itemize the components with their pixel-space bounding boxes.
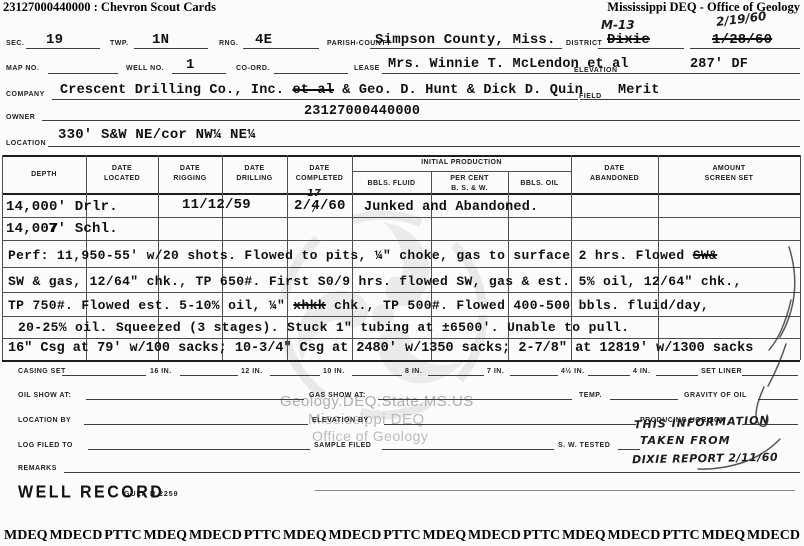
sec-label: SEC. — [6, 40, 24, 47]
note-text-2: chk., TP 500#. Flowed 400-500 bbls. flui… — [326, 298, 709, 313]
map-no-label: MAP NO. — [6, 65, 39, 72]
rule-line — [370, 48, 562, 49]
footer-stamp: MDEQ — [144, 528, 188, 544]
location-label: LOCATION — [6, 140, 46, 147]
column-header-date-located: DATELOCATED — [86, 164, 158, 184]
well-record-card-scan: Geology.DEQ.State.MS.US Mississippi DEQ … — [0, 0, 804, 546]
rule-line — [382, 449, 554, 450]
date-drilling-row-1: 11/12/59 — [182, 197, 251, 213]
depth-text: 14,00 — [6, 221, 49, 237]
date-completed-row-1: 2/4/60 — [294, 198, 346, 214]
column-header-initial-production: INITIAL PRODUCTION — [352, 158, 571, 168]
handwritten-note-line-2: TAKEN FROM — [640, 434, 731, 447]
status-row-1: Junked and Abandoned. — [364, 200, 538, 215]
rule-line — [428, 375, 484, 376]
column-header-depth: DEPTH — [2, 170, 86, 180]
header-line: ABANDONED — [571, 174, 658, 184]
grid-hline — [352, 171, 571, 172]
footer-stamp: PTTC — [662, 528, 699, 544]
owner-label: OWNER — [6, 114, 35, 121]
header-line: BBLS. OIL — [508, 179, 571, 189]
field-value: Merit — [618, 83, 660, 98]
casing-size-7: 7 IN. — [487, 368, 504, 375]
rule-line — [48, 146, 800, 147]
note-struck-text: SW& — [693, 248, 717, 263]
date-correction-handwritten: 17 — [307, 188, 321, 199]
grid-hline — [2, 360, 800, 362]
field-label: FIELD — [579, 93, 602, 100]
casing-size-4: 4 IN. — [633, 368, 650, 375]
casing-summary-line: 16" Csg at 79' w/100 sacks; 10-3/4" Csg … — [8, 341, 753, 356]
column-header-bbls-fluid: BBLS. FLUID — [352, 179, 431, 189]
header-line: COMPLETED — [287, 174, 352, 184]
rule-line — [84, 424, 308, 425]
header-line: AMOUNT — [658, 164, 800, 174]
casing-size-16: 16 IN. — [150, 368, 172, 375]
column-header-date-completed: DATECOMPLETED — [287, 164, 352, 184]
header-line: DATE — [158, 164, 222, 174]
footer-stamp: MDEQ — [562, 528, 606, 544]
date-text-2: /60 — [320, 198, 346, 214]
rule-line — [243, 48, 319, 49]
rule-line — [742, 375, 798, 376]
grid-hline — [2, 155, 800, 157]
note-text: Perf: 11,950-55' w/20 shots. Flowed to p… — [8, 248, 693, 263]
rule-line — [88, 449, 310, 450]
grid-hline — [2, 267, 800, 268]
footer-stamp: MDECD — [608, 528, 661, 544]
twp-label: TWP. — [110, 40, 129, 47]
rule-line — [180, 375, 238, 376]
rule-line — [378, 399, 572, 400]
card-edge-line — [315, 490, 795, 491]
date-text: 2/ — [294, 198, 311, 214]
grid-hline — [2, 292, 800, 293]
perf-note-line-1: Perf: 11,950-55' w/20 shots. Flowed to p… — [8, 248, 717, 263]
lease-label: LEASE — [354, 65, 380, 72]
rule-line — [26, 48, 100, 49]
owner-value: 23127000440000 — [304, 104, 420, 119]
header-line: DATE — [571, 164, 658, 174]
footer-stamp: PTTC — [523, 528, 560, 544]
footer-stamp: MDECD — [747, 528, 800, 544]
rule-line — [172, 73, 226, 74]
rule-line — [510, 375, 558, 376]
header-line: BBLS. FLUID — [352, 179, 431, 189]
footer-stamp: PTTC — [104, 528, 141, 544]
elevation-label: ELEVATION — [574, 67, 618, 74]
remarks-label: REMARKS — [18, 465, 57, 472]
column-header-date-abandoned: DATEABANDONED — [571, 164, 658, 184]
handwritten-note-line-3: DIXIE REPORT 2/11/60 — [632, 451, 778, 467]
depth-row-1: 14,000' Drlr. — [6, 199, 118, 215]
form-code: GULF H 2259 — [124, 491, 179, 498]
grid-hline — [2, 193, 800, 195]
log-filed-label: LOG FILED TO — [18, 442, 73, 449]
perf-note-line-4: 20-25% oil. Squeezed (3 stages). Stuck 1… — [18, 320, 629, 335]
county-value: Simpson County, Miss. — [375, 32, 556, 48]
footer-stamp-strip: MDEQ MDECD PTTC MDEQ MDECD PTTC MDEQ MDE… — [4, 528, 800, 544]
oil-show-label: OIL SHOW AT: — [18, 392, 71, 399]
rule-line — [588, 375, 630, 376]
grid-vline — [2, 155, 3, 360]
footer-stamp: MDECD — [49, 528, 102, 544]
header-line: DATE — [287, 164, 352, 174]
casing-size-12: 12 IN. — [241, 368, 263, 375]
header-line: DRILLING — [222, 174, 287, 184]
temp-label: TEMP. — [579, 392, 602, 399]
grid-vline — [800, 155, 801, 360]
casing-size-4half: 4½ IN. — [561, 368, 585, 375]
casing-set-label: CASING SET — [18, 368, 66, 375]
header-line: DATE — [222, 164, 287, 174]
elevation-value: 287' DF — [690, 57, 748, 72]
perf-note-line-2: SW & gas, 12/64" chk., TP 650#. First S0… — [8, 274, 742, 289]
rule-line — [270, 375, 320, 376]
rule-line — [618, 449, 640, 450]
note-text: TP 750#. Flowed est. 5-10% oil, ¼" — [8, 298, 293, 313]
rule-line — [610, 399, 678, 400]
location-value: 330' S&W NE/cor NW¼ NE¼ — [58, 127, 256, 143]
column-header-per-cent-bsw: PER CENTB. S. & W. — [431, 174, 508, 194]
depth-row-2: 14,007' Schl. — [6, 221, 118, 237]
depth-text-2: ' Schl. — [58, 221, 118, 237]
rng-value: 4E — [255, 32, 272, 48]
header-line: DATE — [86, 164, 158, 174]
note-struck-text: xhkk — [293, 298, 326, 313]
footer-stamp: MDECD — [189, 528, 242, 544]
rule-line — [690, 48, 800, 49]
district-value-struck: Dixie — [607, 32, 650, 48]
agency-title: Mississippi DEQ - Office of Geology — [607, 0, 800, 15]
well-no-label: WELL NO. — [126, 65, 164, 72]
footer-stamp: MDEQ — [283, 528, 327, 544]
rule-line — [598, 48, 684, 49]
rule-line — [62, 375, 146, 376]
rule-line — [42, 120, 800, 121]
footer-stamp: MDEQ — [423, 528, 467, 544]
scan-title: 23127000440000 : Chevron Scout Cards — [3, 0, 216, 15]
grid-hline — [2, 240, 800, 241]
grid-hline — [2, 316, 800, 317]
header-line: PER CENT — [431, 174, 508, 184]
sample-filed-label: SAMPLE FILED — [314, 442, 371, 449]
rule-line — [134, 48, 208, 49]
grid-hline — [2, 217, 800, 218]
column-header-date-rigging: DATERIGGING — [158, 164, 222, 184]
location-by-label: LOCATION BY — [18, 417, 71, 424]
column-header-amount-screen-set: AMOUNTSCREEN SET — [658, 164, 800, 184]
rule-line — [580, 99, 800, 100]
casing-size-10: 10 IN. — [323, 368, 345, 375]
header-line: DEPTH — [2, 170, 86, 180]
elevation-by-label: ELEVATION BY — [312, 417, 369, 424]
sw-tested-label: S. W. TESTED — [558, 442, 610, 449]
header-line: LOCATED — [86, 174, 158, 184]
footer-stamp: PTTC — [383, 528, 420, 544]
company-label: COMPANY — [6, 91, 45, 98]
casing-size-8: 8 IN. — [405, 368, 422, 375]
rule-line — [48, 73, 118, 74]
sec-value: 19 — [46, 32, 63, 48]
gravity-of-oil-label: GRAVITY OF OIL — [684, 392, 747, 399]
perf-note-line-3: TP 750#. Flowed est. 5-10% oil, ¼" xhkk … — [8, 298, 709, 313]
rule-line — [656, 375, 698, 376]
rule-line — [274, 73, 348, 74]
footer-stamp: MDECD — [329, 528, 382, 544]
column-header-date-drilling: DATEDRILLING — [222, 164, 287, 184]
twp-value: 1N — [152, 32, 169, 48]
header-line: B. S. & W. — [431, 184, 508, 194]
rule-line — [86, 399, 304, 400]
rng-label: RNG. — [219, 40, 239, 47]
company-value: Crescent Drilling Co., Inc. et al & Geo.… — [60, 83, 583, 98]
header-line: SCREEN SET — [658, 174, 800, 184]
company-struck-text: et al — [292, 83, 334, 98]
header-line: RIGGING — [158, 174, 222, 184]
footer-stamp: MDECD — [468, 528, 521, 544]
well-no-value: 1 — [186, 57, 195, 73]
rule-line — [384, 424, 636, 425]
footer-stamp: MDEQ — [4, 528, 48, 544]
depth-overstruck-digit: 7 — [49, 221, 58, 237]
grid-hline — [2, 338, 800, 339]
rule-line — [352, 375, 402, 376]
column-header-bbls-oil: BBLS. OIL — [508, 179, 571, 189]
set-liner-label: SET LINER — [701, 368, 742, 375]
district-handwritten: M-13 — [601, 18, 635, 32]
rule-line — [64, 472, 800, 473]
footer-stamp: MDEQ — [702, 528, 746, 544]
co-ord-label: CO-ORD. — [236, 65, 270, 72]
date-struck-digit: 4 — [311, 198, 320, 214]
district-label: DISTRICT — [566, 40, 602, 47]
rule-line — [52, 99, 578, 100]
company-text-2: & Geo. D. Hunt & Dick D. Quin — [334, 83, 583, 98]
gas-show-label: GAS SHOW AT: — [309, 392, 366, 399]
company-text: Crescent Drilling Co., Inc. — [60, 83, 292, 98]
card-date-struck: 1/28/60 — [712, 32, 772, 48]
rule-line — [758, 399, 798, 400]
footer-stamp: PTTC — [244, 528, 281, 544]
